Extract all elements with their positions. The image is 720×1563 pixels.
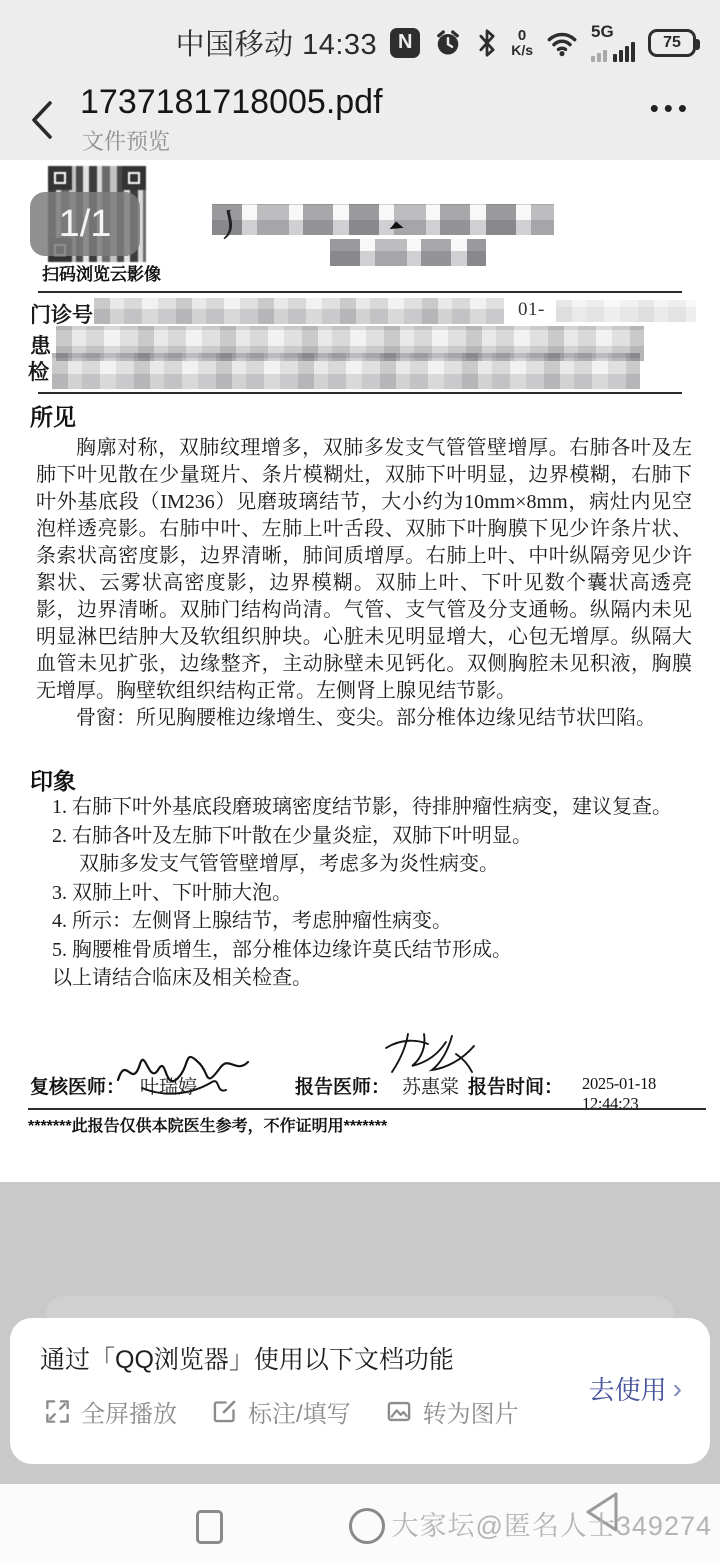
- impression-item: 5. 胸腰椎骨质增生，部分椎体边缘许莫氏结节形成。: [52, 936, 692, 965]
- more-menu-button[interactable]: •••: [650, 93, 692, 124]
- impression-item: 2. 右肺各叶及左肺下叶散在少量炎症，双肺下叶明显。: [52, 822, 692, 851]
- report-time-label: 报告时间：: [468, 1072, 563, 1099]
- forum-watermark: 大家坛@匿名人士349274: [391, 1504, 712, 1543]
- convert-to-image-button[interactable]: 转为图片: [385, 1394, 519, 1429]
- hospital-subtitle-redacted: [330, 239, 486, 266]
- reporter-name: 苏惠棠: [402, 1072, 459, 1099]
- signal-bars-sim2: [591, 50, 607, 62]
- signal-bars-sim1: [613, 42, 635, 62]
- annotate-icon: [211, 1398, 238, 1425]
- phone-screen: 中国移动 14:33 N 0 K/s 5G 75 1737181718005.p: [0, 0, 720, 1563]
- bluetooth-icon: [476, 28, 498, 58]
- impression-item: 3. 双肺上叶、下叶肺大泡。: [52, 879, 692, 908]
- reviewer-name: 叶瑞婷: [140, 1072, 197, 1099]
- promo-title: 通过「QQ浏览器」使用以下文档功能: [40, 1340, 454, 1376]
- impression-note: 以上请结合临床及相关检查。: [52, 964, 692, 993]
- page-indicator: 1/1: [30, 192, 140, 256]
- carrier-time-label: 中国移动 14:33: [176, 22, 378, 63]
- annotate-fill-button[interactable]: 标注/填写: [211, 1394, 351, 1429]
- impression-item: 4. 所示：左侧肾上腺结节，考虑肿瘤性病变。: [52, 907, 692, 936]
- file-preview-header: 1737181718005.pdf 文件预览 •••: [0, 85, 720, 160]
- feature-label: 标注/填写: [248, 1394, 351, 1429]
- qq-browser-promo-card: 通过「QQ浏览器」使用以下文档功能 全屏播放 标注/填写 转为图片 去使用 ›: [10, 1318, 710, 1464]
- pdf-page[interactable]: 1/1 扫码浏览云影像 丿 ◤ 门诊号 01- 患 检 所见 胸廓对称，双肺纹理…: [0, 160, 720, 1182]
- date-redacted: [556, 300, 696, 322]
- wifi-icon: [546, 29, 578, 57]
- nav-recents-button[interactable]: [196, 1510, 223, 1544]
- impression-heading: 印象: [30, 763, 76, 796]
- divider-top: [38, 291, 682, 293]
- exam-label: 检: [28, 356, 49, 386]
- fullscreen-icon: [44, 1398, 71, 1425]
- feature-label: 全屏播放: [81, 1394, 177, 1429]
- status-bar: 中国移动 14:33 N 0 K/s 5G 75: [0, 0, 720, 85]
- hospital-name-redacted: [212, 204, 554, 235]
- signature-row: 复核医师： 叶瑞婷 报告医师： 苏惠棠 报告时间： 2025-01-18 12:…: [30, 1072, 706, 1108]
- reviewer-label: 复核医师：: [30, 1072, 125, 1099]
- nfc-icon: N: [390, 28, 420, 58]
- date-fragment: 01-: [518, 299, 545, 321]
- impression-item-continuation: 双肺多发支气管管壁增厚，考虑多为炎性病变。: [52, 850, 692, 879]
- outpatient-no-label: 门诊号: [30, 299, 93, 329]
- image-icon: [385, 1398, 413, 1425]
- findings-heading: 所见: [30, 399, 76, 432]
- android-nav-bar: 大家坛@匿名人士349274: [0, 1484, 720, 1563]
- chevron-right-icon: ›: [673, 1373, 682, 1405]
- impression-list: 1. 右肺下叶外基底段磨玻璃密度结节影，待排肿瘤性病变，建议复查。 2. 右肺各…: [52, 793, 692, 993]
- feature-label: 转为图片: [423, 1394, 519, 1429]
- outpatient-no-redacted: [94, 298, 504, 324]
- feature-row: 全屏播放 标注/填写 转为图片: [44, 1394, 519, 1429]
- reporter-label: 报告医师：: [295, 1072, 390, 1099]
- divider-findings: [38, 392, 682, 394]
- cellular-signal: 5G: [591, 23, 635, 62]
- fullscreen-play-button[interactable]: 全屏播放: [44, 1394, 177, 1429]
- impression-item: 1. 右肺下叶外基底段磨玻璃密度结节影，待排肿瘤性病变，建议复查。: [52, 793, 692, 822]
- alarm-icon: [433, 28, 463, 58]
- go-use-button[interactable]: 去使用 ›: [589, 1370, 682, 1407]
- file-preview-subtitle: 文件预览: [82, 125, 170, 156]
- file-title: 1737181718005.pdf: [80, 83, 383, 122]
- divider-footer: [28, 1108, 706, 1110]
- battery-icon: 75: [648, 29, 696, 57]
- network-speed: 0 K/s: [511, 28, 533, 57]
- qr-caption: 扫码浏览云影像: [42, 260, 161, 285]
- findings-body: 胸廓对称，双肺纹理增多，双肺多发支气管管壁增厚。右肺各叶及左肺下叶见散在少量斑片…: [36, 435, 692, 732]
- back-button[interactable]: [26, 97, 56, 143]
- go-use-label: 去使用: [589, 1370, 667, 1407]
- exam-info-redacted: [52, 353, 640, 389]
- nav-home-button[interactable]: [349, 1508, 385, 1544]
- findings-paragraph-2: 骨窗：所见胸腰椎边缘增生、变尖。部分椎体边缘见结节状凹陷。: [36, 705, 692, 732]
- disclaimer-text: *******此报告仅供本院医生参考，不作证明用*******: [28, 1113, 387, 1136]
- findings-paragraph-1: 胸廓对称，双肺纹理增多，双肺多发支气管管壁增厚。右肺各叶及左肺下叶见散在少量斑片…: [36, 435, 692, 705]
